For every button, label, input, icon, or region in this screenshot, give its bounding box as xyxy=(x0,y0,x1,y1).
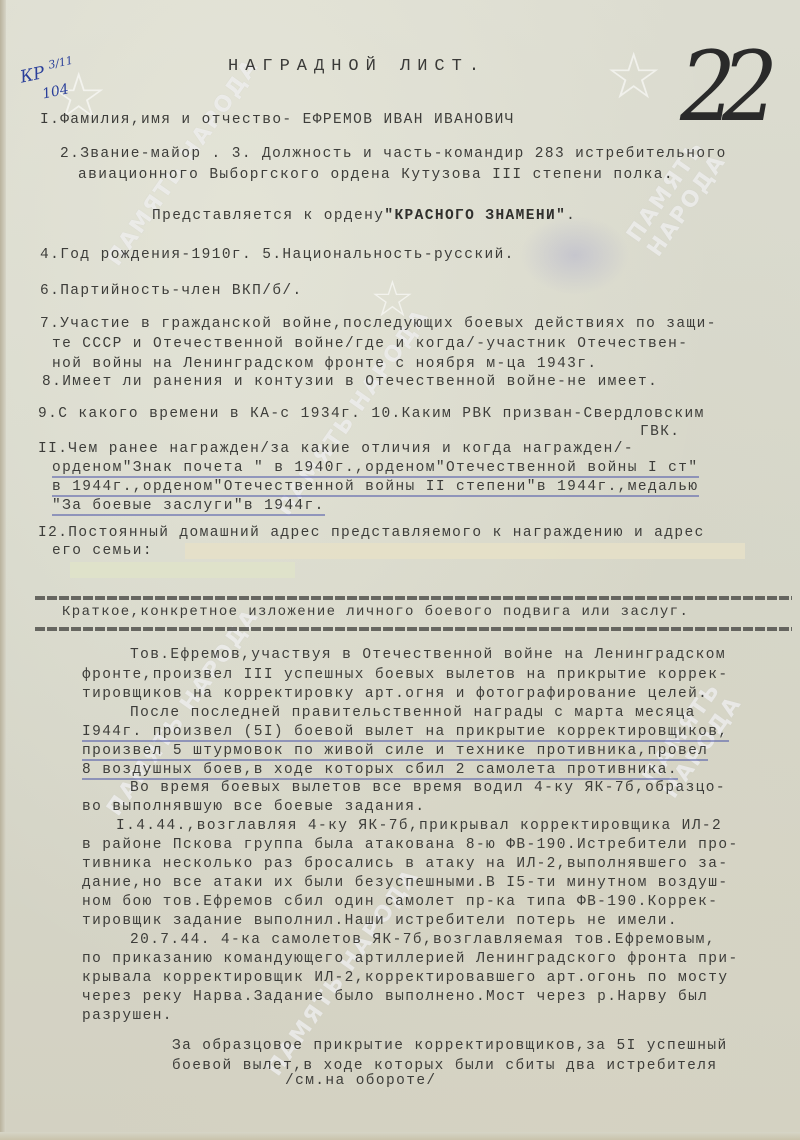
narrative-line: разрушен. xyxy=(82,1008,173,1024)
narrative-line: После последней правительственной наград… xyxy=(130,705,696,721)
watermark: ПАМЯТЬ НАРОДА xyxy=(102,54,264,270)
narrative-line: дание,но все атаки их были безуспешными.… xyxy=(82,875,729,891)
corner-note-top: 3/11 xyxy=(47,54,74,72)
nomination-suffix: . xyxy=(566,208,576,224)
field-birth-nationality: 4.Год рождения-1910г. 5.Национальность-р… xyxy=(40,247,515,263)
field-rank-position: 2.Звание-майор . 3. Должность и часть-ко… xyxy=(60,146,727,162)
redacted-address xyxy=(70,562,295,578)
field-previous-awards-cont3: "За боевые заслуги"в 1944г. xyxy=(52,498,325,516)
field-previous-awards-cont: орденом"Знак почета " в 1940г.,орденом"О… xyxy=(52,460,699,478)
field-full-name: I.Фамилия,имя и отчество- ЕФРЕМОВ ИВАН И… xyxy=(40,112,515,128)
field-war-participation-cont2: ной войны на Ленинградском фронте с нояб… xyxy=(52,356,597,372)
narrative-line: произвел 5 штурмовок по живой силе и тех… xyxy=(82,743,708,761)
document-title: НАГРАДНОЙ ЛИСТ. xyxy=(228,57,486,76)
narrative-line: 20.7.44. 4-ка самолетов ЯК-7б,возглавляе… xyxy=(130,932,716,948)
field-service-start: 9.С какого времени в КА-с 1934г. 10.Каки… xyxy=(38,406,705,422)
narrative-line: в районе Пскова группа была атакована 8-… xyxy=(82,837,739,853)
field-previous-awards: II.Чем ранее награжден/за какие отличия … xyxy=(38,441,634,457)
paper-edge-left xyxy=(0,0,6,1140)
narrative-line: фронте,произвел III успешных боевых выле… xyxy=(82,667,729,683)
narrative-line: во выполнявшую все боевые задания. xyxy=(82,799,425,815)
paper-edge-bottom xyxy=(0,1132,800,1140)
narrative-line: тировщик задание выполнил.Наши истребите… xyxy=(82,913,678,929)
narrative-line: I944г. произвел (5I) боевой вылет на при… xyxy=(82,724,729,742)
narrative-line: За образцовое прикрытие корректировщиков… xyxy=(172,1038,728,1054)
narrative-line: Тов.Ефремов,участвуя в Отечественной вой… xyxy=(130,647,726,663)
narrative-line: боевой вылет,в ходе которых были сбиты д… xyxy=(172,1058,717,1074)
narrative-line: через реку Нарва.Задание было выполнено.… xyxy=(82,989,708,1005)
narrative-line: Во время боевых вылетов все время водил … xyxy=(130,780,726,796)
narrative-line: крывала корректировщик ИЛ-2,корректирова… xyxy=(82,970,729,986)
star-watermark-icon: ☆ xyxy=(605,40,662,114)
narrative-line: I.4.44.,возглавляя 4-ку ЯК-7б,прикрывал … xyxy=(116,818,722,834)
handwritten-page-number: 22 xyxy=(680,30,764,143)
narrative-line: тировщиков на корректировку арт.огня и ф… xyxy=(82,686,708,702)
faded-stamp xyxy=(520,215,630,295)
nomination-line: Представляется к ордену"КРАСНОГО ЗНАМЕНИ… xyxy=(152,208,576,224)
field-home-address-cont: его семьи: xyxy=(52,543,153,559)
dashed-rule xyxy=(35,596,792,600)
field-home-address: I2.Постоянный домашний адрес представляе… xyxy=(38,525,705,541)
handwritten-corner-note: КР 3/11 104 xyxy=(18,57,80,108)
corner-note-main: КР xyxy=(18,63,46,88)
nomination-prefix: Представляется к ордену xyxy=(152,208,384,224)
section-heading: Краткое,конкретное изложение личного бое… xyxy=(62,604,689,620)
narrative-line: по приказанию командующего артиллерией Л… xyxy=(82,951,739,967)
corner-note-bottom: 104 xyxy=(41,81,70,102)
field-previous-awards-cont2: в 1944г.,орденом"Отечественной войны II … xyxy=(52,479,699,497)
field-wounds: 8.Имеет ли ранения и контузии в Отечеств… xyxy=(42,374,658,390)
narrative-line: тивника несколько раз бросались в атаку … xyxy=(82,856,729,872)
field-party: 6.Партийность-член ВКП/б/. xyxy=(40,283,303,299)
narrative-line: 8 воздушных боев,в ходе которых сбил 2 с… xyxy=(82,762,678,780)
award-sheet-page: ☆ ☆ ☆ ПАМЯТЬ НАРОДА ПАМЯТЬ НАРОДА ПАМЯТЬ… xyxy=(0,0,800,1140)
order-name: "КРАСНОГО ЗНАМЕНИ" xyxy=(384,208,566,224)
field-rank-position-cont: авиационного Выборгского ордена Кутузова… xyxy=(78,167,674,183)
field-war-participation-cont: те СССР и Отечественной войне/где и когд… xyxy=(52,336,688,352)
field-service-start-cont: ГВК. xyxy=(640,424,680,440)
dashed-rule xyxy=(35,627,792,631)
narrative-line: ном бою тов.Ефремов сбил один самолет пр… xyxy=(82,894,718,910)
see-reverse-note: /см.на обороте/ xyxy=(285,1073,437,1089)
redacted-address xyxy=(185,543,745,559)
field-war-participation: 7.Участие в гражданской войне,последующи… xyxy=(40,316,717,332)
